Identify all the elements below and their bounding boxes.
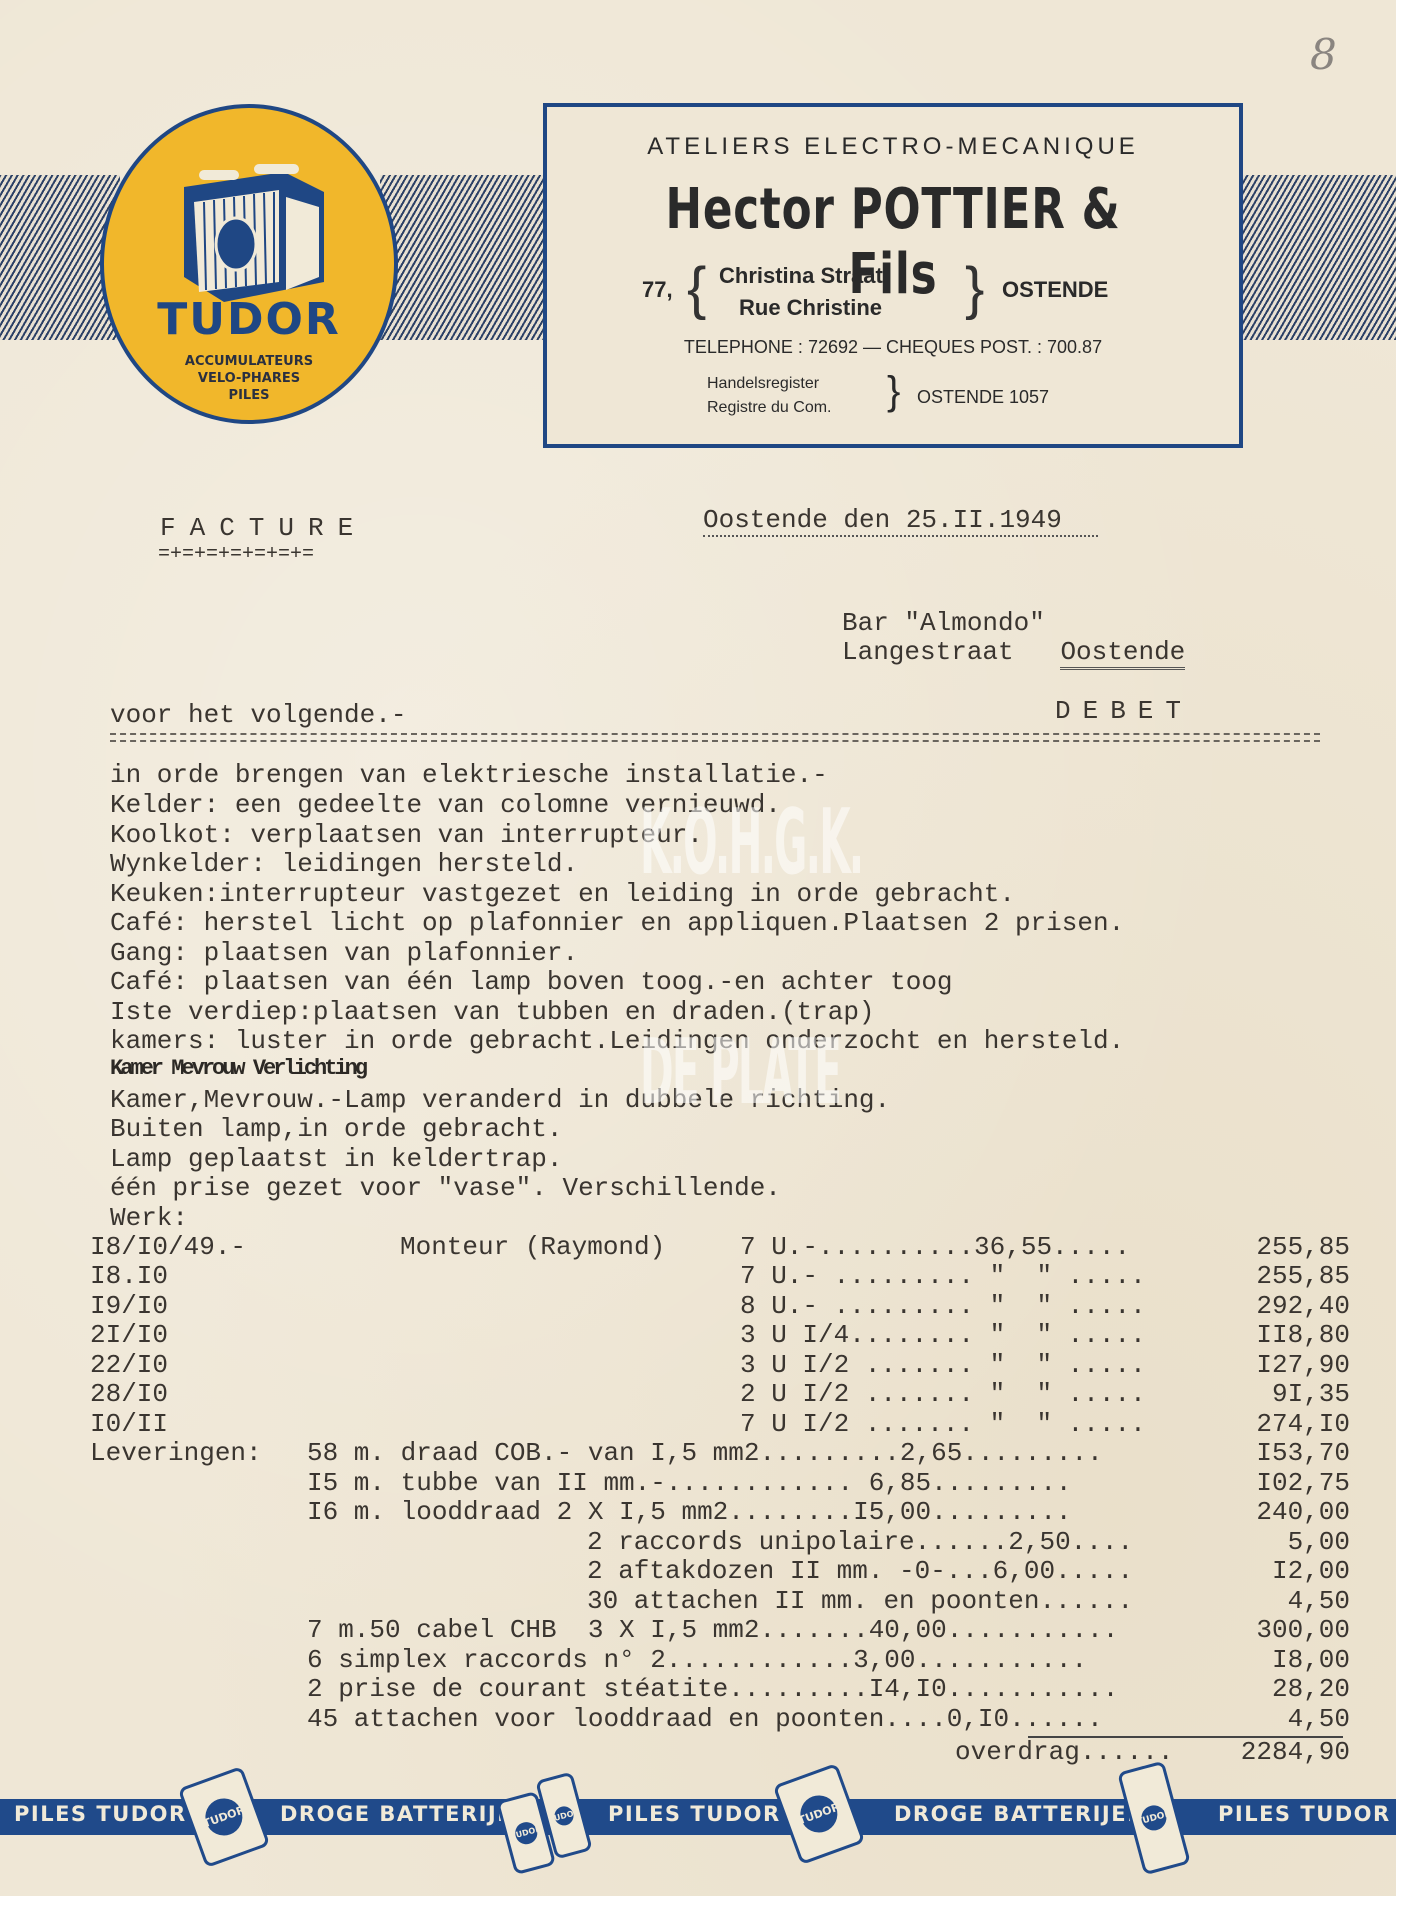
- delivery-item: 2 aftakdozen II mm. -0-...6,00.....: [587, 1556, 1133, 1586]
- can-badge: TUDOR: [552, 1804, 575, 1827]
- description-line: in orde brengen van elektriesche install…: [110, 760, 828, 790]
- work-row: I9/I0 8 U.- ......... " " ..... 292,40: [90, 1291, 1350, 1321]
- header-stripe-middle: [380, 175, 550, 340]
- street-name-nl: Christina Straat: [719, 263, 883, 289]
- battery-icon: [174, 152, 334, 302]
- delivery-row: 30 attachen II mm. en poonten...... 4,50: [90, 1586, 1350, 1616]
- work-amount: I27,90: [1256, 1350, 1350, 1380]
- register-value: OSTENDE 1057: [917, 387, 1049, 408]
- work-amount: 292,40: [1256, 1291, 1350, 1321]
- delivery-item: I5 m. tubbe van II mm.-............ 6,85…: [307, 1468, 1072, 1498]
- work-date: 2I/I0: [90, 1320, 168, 1350]
- delivery-row: 2 aftakdozen II mm. -0-...6,00..... I2,0…: [90, 1556, 1350, 1586]
- brace-right: }: [965, 255, 984, 322]
- description-line: Lamp geplaatst in keldertrap.: [110, 1144, 562, 1174]
- delivery-item: I6 m. looddraad 2 X I,5 mm2........I5,00…: [307, 1497, 1072, 1527]
- delivery-item: 6 simplex raccords n° 2............3,00.…: [307, 1645, 1087, 1675]
- delivery-row: 7 m.50 cabel CHB 3 X I,5 mm2.......40,00…: [90, 1615, 1350, 1645]
- invoice-title: FACTURE: [160, 513, 367, 543]
- delivery-item: 58 m. draad COB.- van I,5 mm2.........2,…: [307, 1438, 1103, 1468]
- delivery-amount: 4,50: [1288, 1586, 1350, 1616]
- delivery-amount: I2,00: [1272, 1556, 1350, 1586]
- footer-band-text: PILES TUDOR: [14, 1802, 187, 1826]
- logo-line-piles: PILES: [104, 388, 394, 403]
- battery-can-icon: TUDOR: [178, 1766, 271, 1868]
- company-address: 77, { Christina Straat Rue Christine } O…: [547, 257, 1239, 327]
- logo-brand: TUDOR: [104, 294, 394, 345]
- phone-cheques-line: TELEPHONE : 72692 — CHEQUES POST. : 700.…: [547, 337, 1239, 358]
- carry-forward-amount: 2284,90: [1241, 1737, 1350, 1767]
- struck-out-line: Kamer Mevrouw Verlichting: [110, 1056, 365, 1081]
- description-line: Keuken:interrupteur vastgezet en leiding…: [110, 879, 1015, 909]
- work-hours: 3 U I/2 ....... " " .....: [740, 1350, 1146, 1380]
- can-badge: TUDOR: [1139, 1803, 1170, 1834]
- work-row: I0/II 7 U I/2 ....... " " ..... 274,I0: [90, 1409, 1350, 1439]
- deliveries-label: Leveringen:: [90, 1438, 262, 1468]
- delivery-amount: I8,00: [1272, 1645, 1350, 1675]
- work-hours: 7 U I/2 ....... " " .....: [740, 1409, 1146, 1439]
- delivery-item: 45 attachen voor looddraad en poonten...…: [307, 1704, 1103, 1734]
- register-label-fr: Registre du Com.: [707, 399, 832, 417]
- work-hours: 8 U.- ......... " " .....: [740, 1291, 1146, 1321]
- double-rule-divider: [110, 733, 1320, 742]
- company-city: OSTENDE: [1002, 277, 1108, 303]
- invoice-paper: 8 TUDOR ACCUMULATEURS VELO-PHARES PILES …: [0, 0, 1396, 1896]
- delivery-row: I5 m. tubbe van II mm.-............ 6,85…: [90, 1468, 1350, 1498]
- footer-band-text: PILES TUDOR: [608, 1802, 781, 1826]
- work-date: 22/I0: [90, 1350, 168, 1380]
- work-hours: 7 U.- ......... " " .....: [740, 1261, 1146, 1291]
- company-tagline: ATELIERS ELECTRO-MECANIQUE: [547, 133, 1239, 161]
- work-hours: 2 U I/2 ....... " " .....: [740, 1379, 1146, 1409]
- work-date: I9/I0: [90, 1291, 168, 1321]
- work-amount: 255,85: [1256, 1261, 1350, 1291]
- register-label-nl: Handelsregister: [707, 375, 819, 393]
- work-hours: 3 U I/4........ " " .....: [740, 1320, 1146, 1350]
- worker-name: Monteur (Raymond): [400, 1232, 665, 1262]
- work-date: I8/I0/49.-: [90, 1232, 246, 1262]
- description-line: Buiten lamp,in orde gebracht.: [110, 1114, 562, 1144]
- logo-line-velo-phares: VELO-PHARES: [104, 371, 394, 386]
- work-row: I8/I0/49.- Monteur (Raymond) 7 U.-......…: [90, 1232, 1350, 1262]
- delivery-amount: I02,75: [1256, 1468, 1350, 1498]
- watermark-stamp: K.O.H.G.K.: [640, 790, 862, 895]
- description-line: Café: plaatsen van één lamp boven toog.-…: [110, 967, 953, 997]
- work-date: I8.I0: [90, 1261, 168, 1291]
- description-line: één prise gezet voor "vase". Verschillen…: [110, 1173, 781, 1203]
- description-line: kamers: luster in orde gebracht.Leidinge…: [110, 1026, 1124, 1056]
- invoice-title-underline: =+=+=+=+=+=+=: [158, 540, 314, 570]
- delivery-amount: 300,00: [1256, 1615, 1350, 1645]
- street-number: 77,: [642, 277, 673, 303]
- logo-line-accumulateurs: ACCUMULATEURS: [104, 354, 394, 369]
- footer-band-text: DROGE BATTERIJEN: [894, 1802, 1146, 1826]
- work-amount: 255,85: [1256, 1232, 1350, 1262]
- delivery-amount: 4,50: [1288, 1704, 1350, 1734]
- work-row: 22/I0 3 U I/2 ....... " " ..... I27,90: [90, 1350, 1350, 1380]
- watermark-stamp: DE PLATE: [640, 1020, 840, 1125]
- delivery-row: Leveringen: 58 m. draad COB.- van I,5 mm…: [90, 1438, 1350, 1468]
- delivery-amount: 240,00: [1256, 1497, 1350, 1527]
- client-name: Bar "Almondo": [842, 608, 1045, 638]
- can-badge: TUDOR: [795, 1790, 843, 1838]
- delivery-row: 6 simplex raccords n° 2............3,00.…: [90, 1645, 1350, 1675]
- delivery-item: 2 raccords unipolaire......2,50....: [587, 1527, 1133, 1557]
- carry-forward-label: overdrag......: [955, 1737, 1173, 1767]
- register-brace: }: [887, 369, 900, 414]
- description-line: Gang: plaatsen van plafonnier.: [110, 938, 578, 968]
- description-line: Koolkot: verplaatsen van interrupteur.: [110, 820, 703, 850]
- delivery-amount: 5,00: [1288, 1527, 1350, 1557]
- work-date: I0/II: [90, 1409, 168, 1439]
- street-name-fr: Rue Christine: [739, 295, 882, 321]
- delivery-amount: I53,70: [1256, 1438, 1350, 1468]
- debet-label: DEBET: [1055, 696, 1193, 726]
- invoice-date: Oostende den 25.II.1949: [703, 505, 1098, 537]
- company-letterhead: ATELIERS ELECTRO-MECANIQUE Hector POTTIE…: [543, 103, 1243, 448]
- work-hours: 7 U.-..........36,55.....: [740, 1232, 1130, 1262]
- footer-band-text: DROGE BATTERIJEN: [280, 1802, 532, 1826]
- description-line: Wynkelder: leidingen hersteld.: [110, 849, 578, 879]
- header-stripe-right: [1240, 175, 1396, 340]
- delivery-item: 2 prise de courant stéatite.........I4,I…: [307, 1674, 1118, 1704]
- tudor-logo: TUDOR ACCUMULATEURS VELO-PHARES PILES: [100, 104, 398, 424]
- work-amount: II8,80: [1256, 1320, 1350, 1350]
- delivery-amount: 28,20: [1272, 1674, 1350, 1704]
- work-date: 28/I0: [90, 1379, 168, 1409]
- work-row: 2I/I0 3 U I/4........ " " ..... II8,80: [90, 1320, 1350, 1350]
- can-badge: TUDOR: [513, 1820, 539, 1846]
- can-badge: TUDOR: [200, 1793, 248, 1841]
- handwritten-page-number: 8: [1310, 30, 1337, 79]
- work-amount: 9I,35: [1272, 1379, 1350, 1409]
- work-row: I8.I0 7 U.- ......... " " ..... 255,85: [90, 1261, 1350, 1291]
- delivery-item: 30 attachen II mm. en poonten......: [587, 1586, 1133, 1616]
- client-city: Oostende: [1060, 637, 1185, 670]
- delivery-row: 2 prise de courant stéatite.........I4,I…: [90, 1674, 1350, 1704]
- delivery-row: 2 raccords unipolaire......2,50.... 5,00: [90, 1527, 1350, 1557]
- description-line: Café: herstel licht op plafonnier en app…: [110, 908, 1124, 938]
- work-amount: 274,I0: [1256, 1409, 1350, 1439]
- battery-can-icon: TUDOR: [773, 1763, 866, 1865]
- invoice-intro: voor het volgende.-: [110, 700, 406, 730]
- brace-left: {: [687, 255, 706, 322]
- work-label: Werk:: [110, 1203, 188, 1233]
- delivery-item: 7 m.50 cabel CHB 3 X I,5 mm2.......40,00…: [307, 1615, 1118, 1645]
- work-row: 28/I0 2 U I/2 ....... " " ..... 9I,35: [90, 1379, 1350, 1409]
- delivery-row: 45 attachen voor looddraad en poonten...…: [90, 1704, 1350, 1734]
- delivery-row: I6 m. looddraad 2 X I,5 mm2........I5,00…: [90, 1497, 1350, 1527]
- client-street: Langestraat: [842, 637, 1014, 667]
- footer-band-text: PILES TUDOR: [1218, 1802, 1391, 1826]
- client-address: Langestraat Oostende: [842, 637, 1185, 667]
